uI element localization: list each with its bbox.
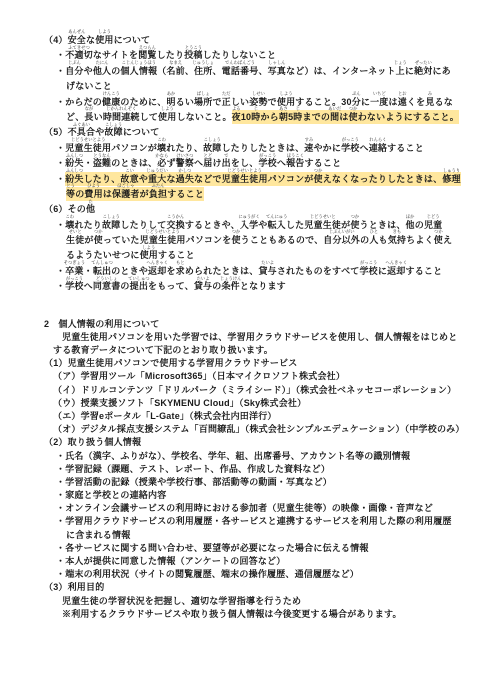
doc-line: ・学校がっこうへ同意書どういしょの提出ていしゅつをもって、貸与たいよの条件じょう… xyxy=(56,279,480,294)
doc-line: ど、長ながい時間連続じかんれんぞくして使用しようしないこと。夜よる10時じから朝… xyxy=(66,110,480,125)
doc-line: （ア）学習用ツール「Microsoft365」（日本マイクロソフト株式会社） xyxy=(53,370,480,383)
section-privacy: 2 個人情報の利用について児童生徒用パソコンを用いた学習では、学習用クラウドサー… xyxy=(0,318,480,621)
doc-line: ・端末の利用状況（サイトの閲覧履歴、端末の操作履歴、通信履歴など） xyxy=(56,568,480,581)
doc-line: する教育データについて下記のとおり取り扱います。 xyxy=(53,344,480,357)
doc-line: ・学習用クラウドサービスの利用履歴・各サービスと連携するサービスを利用した際の利… xyxy=(56,515,480,528)
furigana-ruby: 朝あさ xyxy=(279,112,288,123)
doc-line: ・学習活動の記録（授業や学校行事、部活動等の動画・写真など） xyxy=(56,476,480,489)
furigana-ruby: 個人情報こじんじょうほう xyxy=(120,66,157,77)
furigana-ruby: 一度いちど xyxy=(370,97,388,108)
furigana-ruby: 児童生徒用じどうせいとよう xyxy=(222,174,268,185)
furigana-ruby: 故障こしょう xyxy=(102,220,120,231)
document-page: （4）安全あんぜんな使用しようについて・不適切ふてきせつなサイトを閲覧えつらんし… xyxy=(0,0,480,678)
furigana-ruby: 場所ばしょ xyxy=(194,97,212,108)
furigana-ruby: 転入てんにゅう xyxy=(267,220,285,231)
doc-line: （4）安全あんぜんな使用しようについて xyxy=(44,33,480,48)
furigana-ruby: 間あいだ xyxy=(330,112,339,123)
furigana-ruby: 電話番号でんわばんごう xyxy=(222,66,259,77)
furigana-ruby: 保護者ほごしゃ xyxy=(112,189,140,200)
furigana-ruby: 速すみ xyxy=(304,143,313,154)
furigana-ruby: 報告ほうこく xyxy=(286,158,304,169)
doc-line: （エ）学習eポータル「L-Gate」（株式会社内田洋行） xyxy=(53,410,480,423)
furigana-ruby: 自分以外じぶんいがい xyxy=(323,235,360,246)
furigana-ruby: 条件じょうけん xyxy=(221,281,239,292)
furigana-ruby: 住所じゅうしょ xyxy=(194,66,212,77)
furigana-ruby: 名前なまえ xyxy=(166,66,184,77)
furigana-ruby: 入学にゅうがく xyxy=(240,220,258,231)
doc-line: 生徒せいとが使つかっていた児童生徒用じどうせいとようパソコンを使つかうこともある… xyxy=(66,233,480,248)
furigana-ruby: 正ただ xyxy=(222,97,231,108)
doc-line: （ウ）授業支援ソフト「SKYMENU Cloud」（Sky株式会社） xyxy=(53,397,480,410)
doc-line: ※利用するクラウドサービスや取り扱う個人情報は今後変更する場合があります。 xyxy=(62,608,480,621)
furigana-ruby: 使つか xyxy=(434,235,443,246)
doc-line: ・本人が提供に同意した情報（アンケートの回答など） xyxy=(56,555,480,568)
furigana-ruby: 学校がっこう xyxy=(65,281,83,292)
doc-line: 等とうの費用ひようは保護者ほごしゃが負担ふたんすること xyxy=(66,187,480,202)
furigana-ruby: 連絡れんらく xyxy=(369,143,387,154)
furigana-ruby: 修理しゅうり xyxy=(442,174,460,185)
furigana-ruby: 届とど xyxy=(203,158,212,169)
doc-line: 児童生徒の学習状況を把握し、適切な学習指導を行うため xyxy=(62,595,480,608)
doc-line: （オ）デジタル採点支援システム「百問繚乱」（株式会社シンプルエデュケーション）（… xyxy=(53,423,480,436)
furigana-ruby: 使つか xyxy=(94,235,103,246)
doc-line: ・学習記録（課題、テスト、レポート、作品、作成した資料など） xyxy=(56,463,480,476)
furigana-ruby: 自分じぶん xyxy=(65,66,83,77)
furigana-ruby: 等とう xyxy=(66,189,75,200)
furigana-ruby: 盗難とうなん xyxy=(93,158,111,169)
furigana-ruby: 他人たにん xyxy=(93,66,111,77)
doc-line: （2）取り扱う個人情報 xyxy=(44,436,480,449)
furigana-ruby: 同意書どういしょ xyxy=(93,281,121,292)
furigana-ruby: 貸与たいよ xyxy=(258,266,276,277)
furigana-ruby: 故障こしょう xyxy=(104,127,122,138)
furigana-ruby: 夜よる xyxy=(232,112,241,123)
furigana-ruby: 使つか xyxy=(231,235,240,246)
furigana-ruby: 生徒せいと xyxy=(66,235,84,246)
furigana-ruby: 他た xyxy=(86,204,95,215)
doc-line: （イ）ドリルコンテンツ「ドリルパーク（ミライシード）」（株式会社ベネッセコーポレ… xyxy=(53,384,480,397)
doc-line: ・氏名（漢字、ふりがな）、学校名、学年、組、出席番号、アカウント名等の識別情報 xyxy=(56,450,480,463)
section-rules: （4）安全あんぜんな使用しようについて・不適切ふてきせつなサイトを閲覧えつらんし… xyxy=(0,33,480,295)
doc-line: げないこと xyxy=(66,79,480,94)
doc-line: （3）利用目的 xyxy=(44,581,480,594)
doc-line: ・各サービスに関する問い合わせ、要望等が必要になった場合に伝える情報 xyxy=(56,542,480,555)
furigana-ruby: 人ひと xyxy=(369,235,378,246)
furigana-ruby: 返却へんきゃく xyxy=(387,266,405,277)
doc-line: ・壊こわれたり故障こしょうしたりして交換こうかんするときや、入学にゅうがくや転入… xyxy=(56,218,480,233)
doc-line: （5）不具合ふぐあいや故障こしょうについて xyxy=(44,125,480,140)
furigana-ruby: 写真しゃしん xyxy=(268,66,286,77)
furigana-ruby: 求もと xyxy=(176,266,185,277)
doc-line: 児童生徒用パソコンを用いた学習では、学習用クラウドサービスを使用し、個人情報をは… xyxy=(62,331,480,344)
furigana-ruby: 上じょう xyxy=(396,66,405,77)
highlight-marker: 等とうの費用ひようは保護者ほごしゃが負担ふたんすること xyxy=(66,187,204,201)
furigana-ruby: 学校がっこう xyxy=(359,266,377,277)
doc-line: ・紛失ふんしつ・盗難とうなんのときは、必かならず警察けいさつへ届とどけ出でをし、… xyxy=(56,156,480,171)
furigana-ruby: 時じ xyxy=(251,112,260,123)
furigana-ruby: 遠とお xyxy=(398,97,407,108)
highlight-marker: 夜よる10時じから朝あさ5時じまでの間あいだは使つかわないようにすること。 xyxy=(232,110,459,124)
doc-line: に含まれる情報 xyxy=(66,529,480,542)
furigana-ruby: 過失かしつ xyxy=(176,174,194,185)
furigana-ruby: 使用しよう xyxy=(95,35,113,46)
furigana-ruby: 姿勢しせい xyxy=(249,97,267,108)
furigana-ruby: 絶対ぜったい xyxy=(414,66,432,77)
doc-line: （1）児童生徒用パソコンで使用する学習用クラウドサービス xyxy=(44,357,480,370)
furigana-ruby: 費用ひよう xyxy=(84,189,102,200)
doc-line: ・自分じぶんや他人たにんの個人情報こじんじょうほう（名前なまえ、住所じゅうしょ、… xyxy=(56,64,480,79)
doc-line: ・家庭と学校との連絡内容 xyxy=(56,489,480,502)
furigana-ruby: 貸与たいよ xyxy=(194,281,212,292)
doc-line: ・卒業そつぎょう・転出てんしゅつのときや返却へんきゃくを求もとめられたときは、貸… xyxy=(56,264,480,279)
furigana-ruby: 使用しよう xyxy=(158,112,176,123)
furigana-ruby: 返却へんきゃく xyxy=(148,266,166,277)
doc-line: 2 個人情報の利用について xyxy=(44,318,480,331)
doc-line: ・オンライン会議サービスの利用時における参加者（児童生徒等）の映像・画像・音声な… xyxy=(56,502,480,515)
furigana-ruby: 使つか xyxy=(314,174,323,185)
furigana-ruby: 気持きも xyxy=(388,235,406,246)
furigana-ruby: 使つか xyxy=(349,112,358,123)
furigana-ruby: 提出ていしゅつ xyxy=(130,281,148,292)
furigana-ruby: 負担ふたん xyxy=(149,189,167,200)
furigana-ruby: 学校がっこう xyxy=(341,143,359,154)
furigana-ruby: 他ほか xyxy=(406,220,415,231)
furigana-ruby: 時じ xyxy=(293,112,302,123)
section-gap xyxy=(0,295,480,318)
furigana-ruby: 見み xyxy=(425,97,434,108)
